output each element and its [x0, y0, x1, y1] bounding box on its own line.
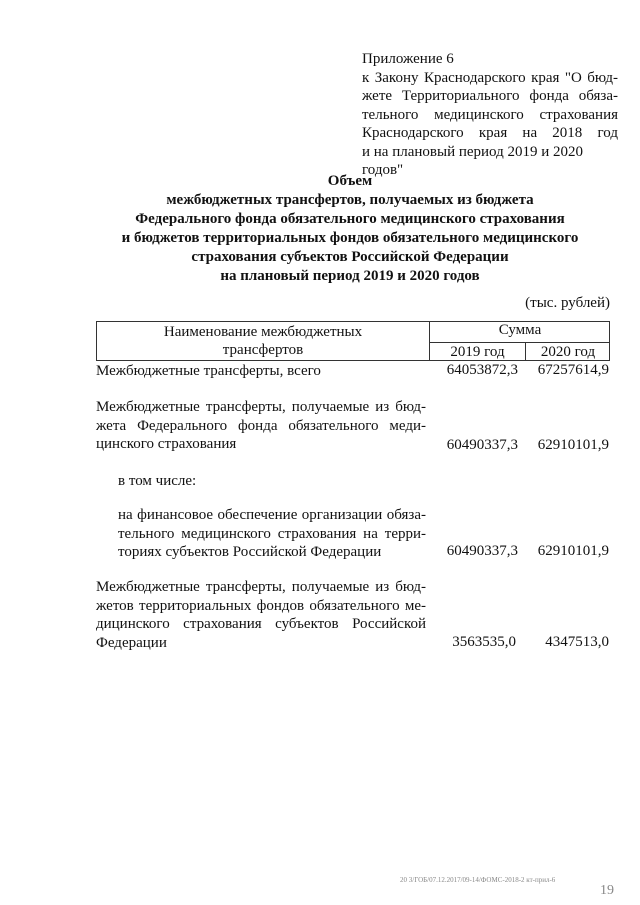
table-row-label: в том числе:: [118, 472, 418, 491]
title-line: межбюджетных трансфертов, получаемых из …: [90, 191, 610, 210]
row-label-line: жетов территориальных фондов обязательно…: [96, 597, 426, 616]
document-title: Объем межбюджетных трансфертов, получаем…: [90, 172, 610, 286]
header-name-line: трансфертов: [97, 341, 429, 359]
value-2020: 62910101,9: [526, 437, 609, 454]
title-line: и бюджетов территориальных фондов обязат…: [90, 229, 610, 248]
row-label-line: дицинского страхования субъектов Российс…: [96, 615, 426, 634]
table-row-label: Межбюджетные трансферты, всего: [96, 362, 426, 381]
table-row-label: Межбюджетные трансферты, получаемые из б…: [96, 578, 426, 652]
appendix-line: тельного медицинского страхования: [362, 106, 618, 125]
value-2019: 64053872,3: [430, 362, 518, 379]
units-label: (тыс. рублей): [525, 295, 610, 312]
value-2019: 60490337,3: [430, 437, 518, 454]
appendix-line: Приложение 6: [362, 50, 618, 69]
appendix-line: Краснодарского края на 2018 год: [362, 124, 618, 143]
value-2020: 67257614,9: [526, 362, 609, 379]
value-2019: 3563535,0: [430, 634, 516, 651]
appendix-line: жете Территориального фонда обяза-: [362, 87, 618, 106]
row-label-line: на финансовое обеспечение организации об…: [118, 506, 426, 525]
row-label-line: тельного медицинского страхования на тер…: [118, 525, 426, 544]
title-line: Объем: [90, 172, 610, 191]
table-row-label: на финансовое обеспечение организации об…: [118, 506, 426, 562]
value-2019: 60490337,3: [430, 543, 518, 560]
row-label-line: жета Федерального фонда обязательного ме…: [96, 417, 426, 436]
table-row-label: Межбюджетные трансферты, получаемые из б…: [96, 398, 426, 454]
row-label-line: ториях субъектов Российской Федерации: [118, 543, 426, 562]
row-label-line: Межбюджетные трансферты, всего: [96, 362, 426, 381]
row-label-line: Федерации: [96, 634, 426, 653]
title-line: Федерального фонда обязательного медицин…: [90, 210, 610, 229]
row-label-line: в том числе:: [118, 472, 418, 491]
document-code: 20 3/ГОБ/07.12.2017/09-14/ФОМС-2018-2 кт…: [400, 876, 555, 884]
value-2020: 4347513,0: [526, 634, 609, 651]
appendix-line: к Закону Краснодарского края "О бюд-: [362, 69, 618, 88]
header-name-column: Наименование межбюджетных трансфертов: [97, 323, 429, 359]
header-divider: [429, 342, 610, 343]
title-line: страхования субъектов Российской Федерац…: [90, 248, 610, 267]
page-number: 19: [600, 883, 614, 899]
value-2020: 62910101,9: [526, 543, 609, 560]
row-label-line: Межбюджетные трансферты, получаемые из б…: [96, 398, 426, 417]
appendix-reference: Приложение 6 к Закону Краснодарского кра…: [362, 50, 618, 180]
header-year-2020: 2020 год: [526, 344, 610, 361]
header-year-2019: 2019 год: [430, 344, 525, 361]
row-label-line: цинского страхования: [96, 435, 426, 454]
header-name-line: Наименование межбюджетных: [97, 323, 429, 341]
row-label-line: Межбюджетные трансферты, получаемые из б…: [96, 578, 426, 597]
title-line: на плановый период 2019 и 2020 годов: [90, 267, 610, 286]
header-sum: Сумма: [430, 322, 610, 339]
